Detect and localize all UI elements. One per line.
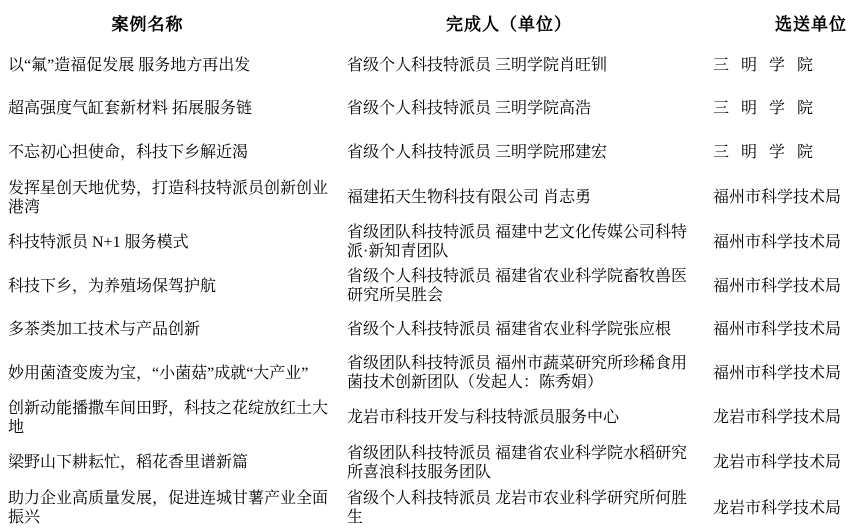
table-row: 超高强度气缸套新材料 拓展服务链 省级个人科技特派员 三明学院高浩 三明学院 <box>0 87 855 130</box>
case-cell: 不忘初心担使命，科技下乡解近渴 <box>0 130 341 175</box>
case-cell: 梁野山下耕耘忙，稻花香里谱新篇 <box>0 440 341 485</box>
table-row: 创新动能播撒车间田野，科技之花绽放红土大地 龙岩市科技开发与科技特派员服务中心 … <box>0 395 855 440</box>
unit-cell: 三明学院 <box>705 44 855 87</box>
case-cell: 以“氟”造福促发展 服务地方再出发 <box>0 44 341 87</box>
unit-cell: 福州市科学技术局 <box>705 175 855 220</box>
case-cell: 多茶类加工技术与产品创新 <box>0 308 341 351</box>
case-cell: 妙用菌渣变废为宝，“小菌菇”成就“大产业” <box>0 351 341 395</box>
unit-cell: 三明学院 <box>705 130 855 175</box>
case-table: 案例名称 完成人（单位） 选送单位 以“氟”造福促发展 服务地方再出发 省级个人… <box>0 0 855 531</box>
header-submitting-unit: 选送单位 <box>705 0 855 44</box>
header-case-name: 案例名称 <box>0 0 341 44</box>
unit-cell: 福州市科学技术局 <box>705 351 855 395</box>
table-row: 多茶类加工技术与产品创新 省级个人科技特派员 福建省农业科学院张应根 福州市科学… <box>0 308 855 351</box>
case-cell: 超高强度气缸套新材料 拓展服务链 <box>0 87 341 130</box>
completer-cell: 省级团队科技特派员 福建中艺文化传媒公司科特派·新知青团队 <box>341 220 705 264</box>
table-row: 不忘初心担使命，科技下乡解近渴 省级个人科技特派员 三明学院邢建宏 三明学院 <box>0 130 855 175</box>
unit-cell: 福州市科学技术局 <box>705 264 855 308</box>
completer-cell: 省级个人科技特派员 三明学院邢建宏 <box>341 130 705 175</box>
completer-cell: 省级团队科技特派员 福州市蔬菜研究所珍稀食用菌技术创新团队（发起人：陈秀娟） <box>341 351 705 395</box>
completer-cell: 省级个人科技特派员 福建省农业科学院张应根 <box>341 308 705 351</box>
completer-cell: 省级团队科技特派员 福建省农业科学院水稻研究所喜浪科技服务团队 <box>341 440 705 485</box>
completer-cell: 龙岩市科技开发与科技特派员服务中心 <box>341 395 705 440</box>
completer-cell: 省级个人科技特派员 龙岩市农业科学研究所何胜生 <box>341 485 705 531</box>
case-cell: 科技下乡，为养殖场保驾护航 <box>0 264 341 308</box>
unit-cell: 三明学院 <box>705 87 855 130</box>
case-cell: 创新动能播撒车间田野，科技之花绽放红土大地 <box>0 395 341 440</box>
completer-cell: 省级个人科技特派员 三明学院肖旺钏 <box>341 44 705 87</box>
unit-cell: 龙岩市科学技术局 <box>705 395 855 440</box>
header-completer-unit: 完成人（单位） <box>341 0 705 44</box>
unit-cell: 福州市科学技术局 <box>705 220 855 264</box>
unit-cell: 龙岩市科学技术局 <box>705 440 855 485</box>
table-row: 发挥星创天地优势，打造科技特派员创新创业港湾 福建拓天生物科技有限公司 肖志勇 … <box>0 175 855 220</box>
table-row: 妙用菌渣变废为宝，“小菌菇”成就“大产业” 省级团队科技特派员 福州市蔬菜研究所… <box>0 351 855 395</box>
completer-cell: 省级个人科技特派员 三明学院高浩 <box>341 87 705 130</box>
table-row: 梁野山下耕耘忙，稻花香里谱新篇 省级团队科技特派员 福建省农业科学院水稻研究所喜… <box>0 440 855 485</box>
table-row: 科技下乡，为养殖场保驾护航 省级个人科技特派员 福建省农业科学院畜牧兽医研究所吴… <box>0 264 855 308</box>
header-row: 案例名称 完成人（单位） 选送单位 <box>0 0 855 44</box>
case-cell: 助力企业高质量发展，促进连城甘薯产业全面振兴 <box>0 485 341 531</box>
table-row: 助力企业高质量发展，促进连城甘薯产业全面振兴 省级个人科技特派员 龙岩市农业科学… <box>0 485 855 531</box>
case-cell: 科技特派员 N+1 服务模式 <box>0 220 341 264</box>
table-row: 科技特派员 N+1 服务模式 省级团队科技特派员 福建中艺文化传媒公司科特派·新… <box>0 220 855 264</box>
table-row: 以“氟”造福促发展 服务地方再出发 省级个人科技特派员 三明学院肖旺钏 三明学院 <box>0 44 855 87</box>
unit-cell: 龙岩市科学技术局 <box>705 485 855 531</box>
unit-cell: 福州市科学技术局 <box>705 308 855 351</box>
completer-cell: 省级个人科技特派员 福建省农业科学院畜牧兽医研究所吴胜会 <box>341 264 705 308</box>
case-cell: 发挥星创天地优势，打造科技特派员创新创业港湾 <box>0 175 341 220</box>
completer-cell: 福建拓天生物科技有限公司 肖志勇 <box>341 175 705 220</box>
